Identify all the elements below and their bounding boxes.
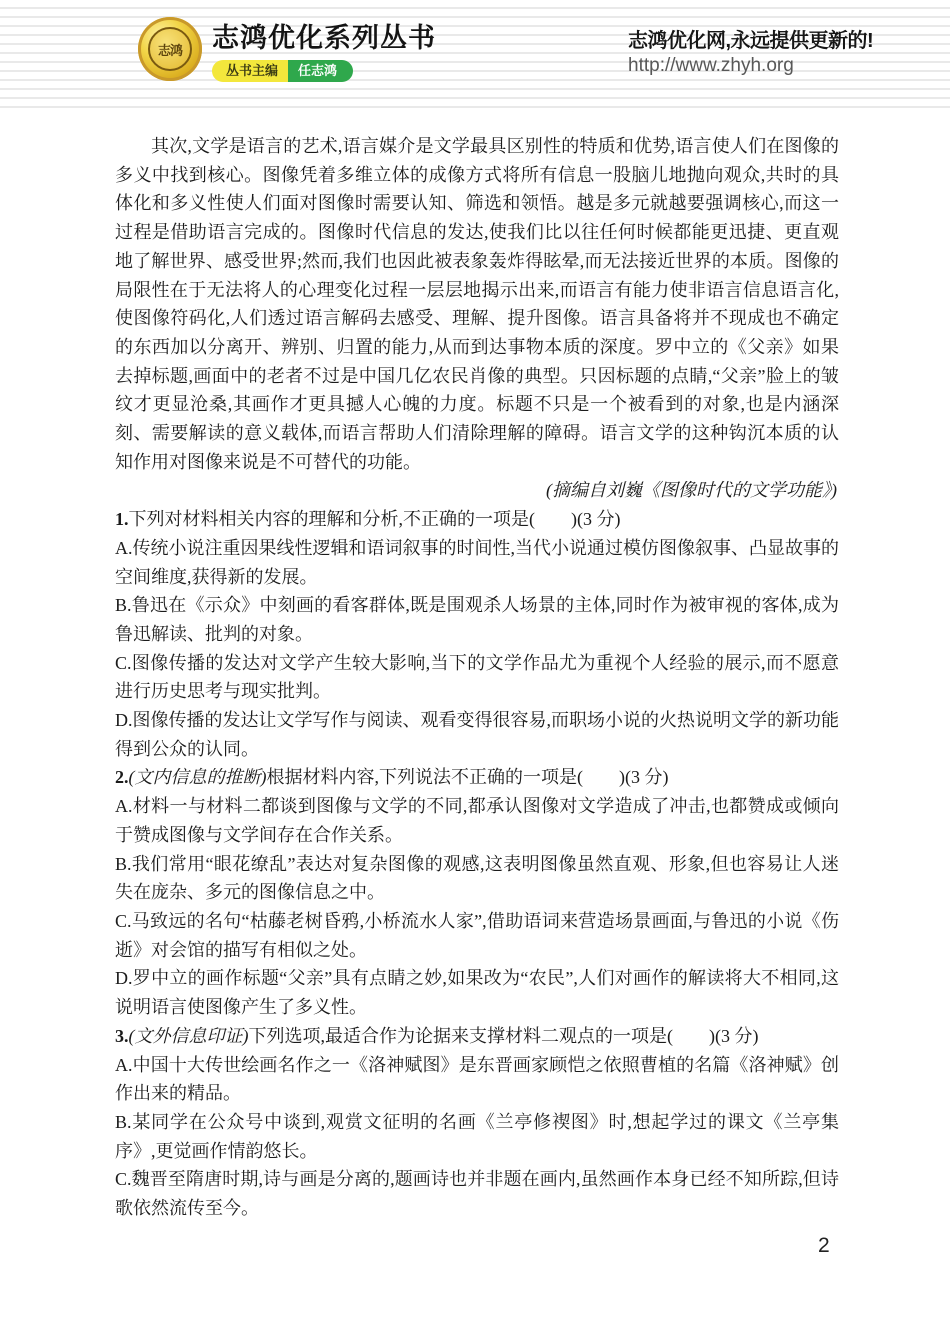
question-1-number: 1. (115, 509, 129, 529)
editor-badge: 丛书主编 任志鸿 (212, 60, 353, 82)
exam-content: 其次,文学是语言的艺术,语言媒介是文学最具区别性的特质和优势,语言使人们在图像的… (115, 132, 839, 1223)
question-3-tag: (文外信息印证) (129, 1026, 249, 1046)
question-2-option-c: C.马致远的名句“枯藤老树昏鸦,小桥流水人家”,借助语词来营造场景画面,与鲁迅的… (115, 907, 839, 964)
brand-text: 志鸿优化系列丛书 丛书主编 任志鸿 (212, 16, 436, 82)
question-2-tag: (文内信息的推断) (129, 767, 267, 787)
page-number: 2 (818, 1234, 830, 1258)
reading-passage-paragraph: 其次,文学是语言的艺术,语言媒介是文学最具区别性的特质和优势,语言使人们在图像的… (115, 132, 839, 476)
question-2-number: 2. (115, 767, 129, 787)
site-slogan: 志鸿优化网,永远提供更新的! (628, 24, 873, 53)
medal-logo-text: 志鸿 (158, 40, 182, 59)
question-2-stem: 2.(文内信息的推断)根据材料内容,下列说法不正确的一项是( )(3 分) (115, 763, 839, 792)
page-header: 志鸿 志鸿优化系列丛书 丛书主编 任志鸿 志鸿优化网,永远提供更新的! http… (0, 0, 950, 108)
series-title: 志鸿优化系列丛书 (212, 16, 436, 55)
publisher-brand: 志鸿 志鸿优化系列丛书 丛书主编 任志鸿 (138, 16, 436, 82)
question-1: 1.下列对材料相关内容的理解和分析,不正确的一项是( )(3 分) A.传统小说… (115, 505, 839, 763)
question-2: 2.(文内信息的推断)根据材料内容,下列说法不正确的一项是( )(3 分) A.… (115, 763, 839, 1021)
question-3-option-a: A.中国十大传世绘画名作之一《洛神赋图》是东晋画家顾恺之依照曹植的名篇《洛神赋》… (115, 1051, 839, 1108)
question-3-option-b: B.某同学在公众号中谈到,观赏文征明的名画《兰亭修禊图》时,想起学过的课文《兰亭… (115, 1108, 839, 1165)
question-2-text: 根据材料内容,下列说法不正确的一项是( )(3 分) (267, 767, 669, 787)
question-3-text: 下列选项,最适合作为论据来支撑材料二观点的一项是( )(3 分) (249, 1026, 759, 1046)
question-1-option-d: D.图像传播的发达让文学写作与阅读、观看变得很容易,而职场小说的火热说明文学的新… (115, 706, 839, 763)
question-3-option-c: C.魏晋至隋唐时期,诗与画是分离的,题画诗也并非题在画内,虽然画作本身已经不知所… (115, 1165, 839, 1222)
site-url: http://www.zhyh.org (628, 55, 873, 77)
question-1-option-c: C.图像传播的发达对文学产生较大影响,当下的文学作品尤为重视个人经验的展示,而不… (115, 649, 839, 706)
question-2-option-a: A.材料一与材料二都谈到图像与文学的不同,都承认图像对文学造成了冲击,也都赞成或… (115, 792, 839, 849)
question-2-option-b: B.我们常用“眼花缭乱”表达对复杂图像的观感,这表明图像虽然直观、形象,但也容易… (115, 850, 839, 907)
question-3-stem: 3.(文外信息印证)下列选项,最适合作为论据来支撑材料二观点的一项是( )(3 … (115, 1022, 839, 1051)
medal-logo-icon: 志鸿 (138, 17, 202, 81)
question-1-option-a: A.传统小说注重因果线性逻辑和语词叙事的时间性,当代小说通过模仿图像叙事、凸显故… (115, 534, 839, 591)
question-1-option-b: B.鲁迅在《示众》中刻画的看客群体,既是围观杀人场景的主体,同时作为被审视的客体… (115, 591, 839, 648)
question-3: 3.(文外信息印证)下列选项,最适合作为论据来支撑材料二观点的一项是( )(3 … (115, 1022, 839, 1223)
question-3-number: 3. (115, 1026, 129, 1046)
medal-logo-inner: 志鸿 (148, 27, 192, 71)
question-2-option-d: D.罗中立的画作标题“父亲”具有点睛之妙,如果改为“农民”,人们对画作的解读将大… (115, 964, 839, 1021)
question-1-text: 下列对材料相关内容的理解和分析,不正确的一项是( )(3 分) (129, 509, 621, 529)
editor-badge-name: 任志鸿 (288, 60, 353, 82)
passage-attribution: (摘编自刘巍《图像时代的文学功能》) (115, 476, 839, 505)
site-info: 志鸿优化网,永远提供更新的! http://www.zhyh.org (628, 24, 873, 77)
question-1-stem: 1.下列对材料相关内容的理解和分析,不正确的一项是( )(3 分) (115, 505, 839, 534)
editor-badge-label: 丛书主编 (212, 60, 288, 82)
exam-page: 志鸿 志鸿优化系列丛书 丛书主编 任志鸿 志鸿优化网,永远提供更新的! http… (0, 0, 950, 1344)
